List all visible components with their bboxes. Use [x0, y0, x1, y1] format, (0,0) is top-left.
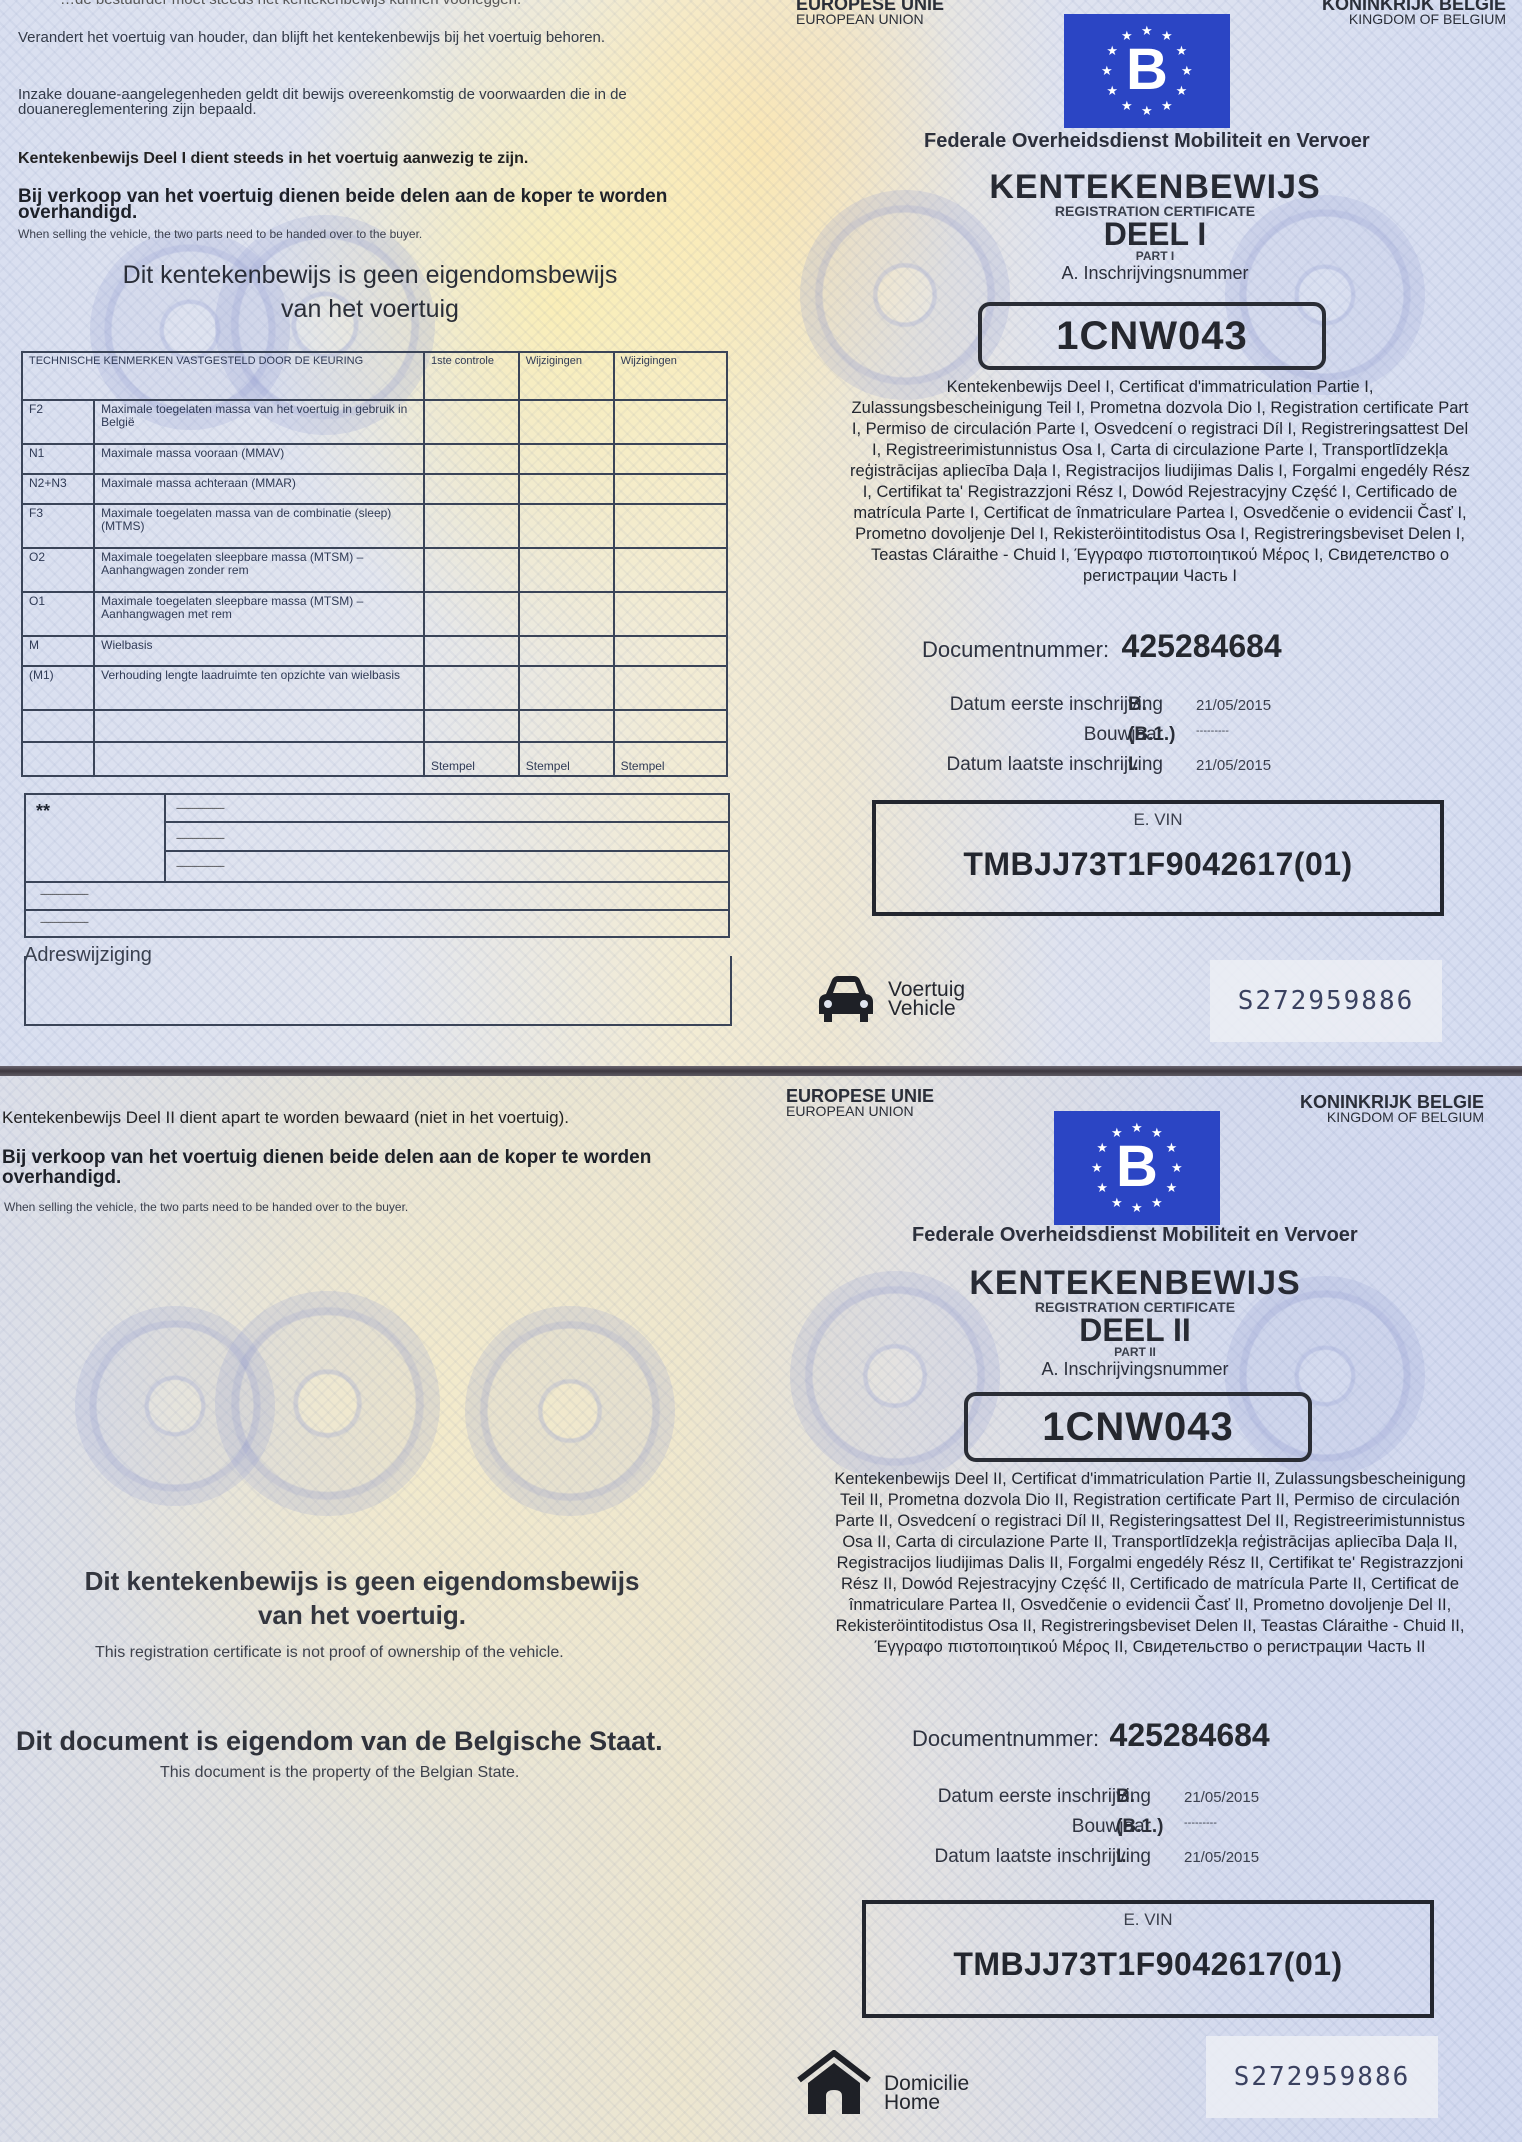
column-header: Wijzigingen [614, 352, 727, 400]
registration-number-label: A. Inschrijvingsnummer [880, 1358, 1390, 1380]
state-property-note: Dit document is eigendom van de Belgisch… [16, 1726, 663, 1757]
part-title: DEEL I [900, 218, 1410, 250]
spec-code: O2 [22, 548, 94, 592]
star-icon: ★ [1176, 84, 1188, 97]
star-icon: ★ [1106, 84, 1118, 97]
multilingual-title-list: Kentekenbewijs Deel I, Certificat d'imma… [850, 377, 1470, 587]
star-icon: ★ [1161, 99, 1173, 112]
spec-code: N1 [22, 444, 94, 474]
star-icon: ★ [1141, 104, 1153, 117]
spec-value-cell [519, 444, 614, 474]
star-icon: ★ [1166, 1181, 1178, 1194]
star-icon: ★ [1166, 1141, 1178, 1154]
spec-code: F2 [22, 400, 94, 444]
sale-instruction: Bij verkoop van het voertuig dienen beid… [18, 189, 698, 221]
build-year-row: Bouwjaar (B.1.) --------- [866, 1816, 1426, 1846]
first-registration-row: Datum eerste inschrijving B. 21/05/2015 [878, 694, 1438, 724]
build-year-row: Bouwjaar (B.1.) --------- [878, 724, 1438, 754]
home-icon [796, 2050, 872, 2121]
spec-value-cell [519, 474, 614, 504]
address-change-box [24, 956, 732, 1026]
certificate-title: KENTEKENBEWIJS [880, 1266, 1390, 1300]
star-icon: ★ [1121, 29, 1133, 42]
document-number: Documentnummer: 425284684 [922, 628, 1282, 665]
spec-value-cell [519, 636, 614, 666]
table-row: F3Maximale toegelaten massa van de combi… [22, 504, 727, 548]
vehicle-label: Voertuig Vehicle [888, 980, 965, 1018]
certificate-title: KENTEKENBEWIJS [900, 170, 1410, 204]
kingdom-label: KONINKRIJK BELGIE KINGDOM OF BELGIUM [1300, 1094, 1484, 1124]
star-icon: ★ [1131, 1201, 1143, 1214]
ownership-disclaimer: Dit kentekenbewijs is geen eigendomsbewi… [40, 1564, 684, 1632]
spec-code [22, 710, 94, 742]
spec-code: M [22, 636, 94, 666]
stamp-label: Stempel [614, 742, 727, 776]
table-row: O1Maximale toegelaten sleepbare massa (M… [22, 592, 727, 636]
serial-number: S272959886 [1206, 2036, 1438, 2118]
sale-instruction: Bij verkoop van het voertuig dienen beid… [2, 1148, 682, 1188]
table-row: MWielbasis [22, 636, 727, 666]
state-property-note-en: This document is the property of the Bel… [160, 1764, 519, 1782]
column-header: Wijzigingen [519, 352, 614, 400]
table-row: F2Maximale toegelaten massa van het voer… [22, 400, 727, 444]
star-icon: ★ [1096, 1181, 1108, 1194]
note-presence: Kentekenbewijs Deel I dient steeds in he… [18, 150, 528, 168]
spec-value-cell [424, 710, 519, 742]
serial-number: S272959886 [1210, 960, 1442, 1042]
spec-value-cell [614, 636, 727, 666]
certificate-title-block: KENTEKENBEWIJS REGISTRATION CERTIFICATE … [900, 170, 1410, 284]
spec-description [94, 710, 424, 742]
star-icon: ★ [1141, 24, 1153, 37]
authority-name: Federale Overheidsdienst Mobiliteit en V… [924, 130, 1370, 153]
star-icon: ★ [1151, 1126, 1163, 1139]
stamp-label: Stempel [424, 742, 519, 776]
spec-description: Maximale massa vooraan (MMAV) [94, 444, 424, 474]
dotted-line: ------------------------ [176, 803, 224, 813]
spec-value-cell [424, 548, 519, 592]
eu-label: EUROPESE UNIE EUROPEAN UNION [796, 0, 944, 26]
spec-value-cell [519, 400, 614, 444]
registration-certificate-part-1: …de bestuurder moet steeds het kentekenb… [0, 0, 1522, 1068]
spec-description: Verhouding lengte laadruimte ten opzicht… [94, 666, 424, 710]
remarks-stars: ** [36, 801, 50, 822]
spec-value-cell [519, 548, 614, 592]
eu-label: EUROPESE UNIE EUROPEAN UNION [786, 1088, 934, 1118]
cut-top-line: …de bestuurder moet steeds het kentekenb… [60, 0, 521, 7]
spec-value-cell [519, 666, 614, 710]
star-icon: ★ [1096, 1141, 1108, 1154]
technical-specs-table: TECHNISCHE KENMERKEN VASTGESTELD DOOR DE… [21, 351, 728, 777]
vin-label: E. VIN [876, 810, 1440, 830]
registration-number-label: A. Inschrijvingsnummer [900, 262, 1410, 284]
spec-value-cell [614, 548, 727, 592]
vin-box: E. VIN TMBJJ73T1F9042617(01) [872, 800, 1444, 916]
license-plate: 1CNW043 [964, 1392, 1312, 1462]
spec-description: Maximale toegelaten sleepbare massa (MTS… [94, 592, 424, 636]
spec-value-cell [614, 444, 727, 474]
dotted-line: ------------------------ [40, 889, 88, 899]
spec-code: O1 [22, 592, 94, 636]
last-registration-row: Datum laatste inschrijving I. 21/05/2015 [866, 1846, 1426, 1876]
fold-divider [0, 1066, 1522, 1076]
note-holder: Verandert het voertuig van houder, dan b… [18, 30, 678, 45]
star-icon: ★ [1091, 1161, 1103, 1174]
star-icon: ★ [1111, 1126, 1123, 1139]
spec-value-cell [424, 444, 519, 474]
spec-code: F3 [22, 504, 94, 548]
spec-value-cell [519, 710, 614, 742]
table-header-row: TECHNISCHE KENMERKEN VASTGESTELD DOOR DE… [22, 352, 727, 400]
spec-value-cell [424, 504, 519, 548]
spec-description: Maximale toegelaten massa van de combina… [94, 504, 424, 548]
spec-value-cell [424, 592, 519, 636]
spec-value-cell [614, 666, 727, 710]
document-number: Documentnummer: 425284684 [912, 1717, 1270, 1754]
star-icon: ★ [1101, 64, 1113, 77]
spec-value-cell [424, 474, 519, 504]
last-registration-row: Datum laatste inschrijving I. 21/05/2015 [878, 754, 1438, 784]
ownership-disclaimer: Dit kentekenbewijs is geen eigendomsbewi… [60, 258, 680, 326]
spec-value-cell [424, 400, 519, 444]
spec-value-cell [614, 710, 727, 742]
sale-instruction-en: When selling the vehicle, the two parts … [4, 1200, 408, 1214]
part-title: DEEL II [880, 1314, 1390, 1346]
vin-label: E. VIN [866, 1910, 1430, 1930]
star-icon: ★ [1111, 1196, 1123, 1209]
table-row: N2+N3Maximale massa achteraan (MMAR) [22, 474, 727, 504]
star-icon: ★ [1161, 29, 1173, 42]
home-label: Domicilie Home [884, 2074, 969, 2112]
spec-value-cell [519, 592, 614, 636]
table-row [22, 710, 727, 742]
table-row: N1Maximale massa vooraan (MMAV) [22, 444, 727, 474]
star-icon: ★ [1151, 1196, 1163, 1209]
first-registration-row: Datum eerste inschrijving B. 21/05/2015 [866, 1786, 1426, 1816]
spec-value-cell [614, 400, 727, 444]
ownership-disclaimer-en: This registration certificate is not pro… [95, 1644, 564, 1662]
spec-code: (M1) [22, 666, 94, 710]
spec-value-cell [424, 666, 519, 710]
stamp-row: StempelStempelStempel [22, 742, 727, 776]
spec-value-cell [424, 636, 519, 666]
spec-value-cell [614, 474, 727, 504]
spec-value-cell [519, 504, 614, 548]
registration-dates: Datum eerste inschrijving B. 21/05/2015 … [878, 694, 1438, 784]
stamp-label: Stempel [519, 742, 614, 776]
spec-description: Maximale toegelaten massa van het voertu… [94, 400, 424, 444]
spec-code: N2+N3 [22, 474, 94, 504]
vin-box: E. VIN TMBJJ73T1F9042617(01) [862, 1900, 1434, 2018]
dotted-line: ------------------------ [176, 861, 224, 871]
license-plate: 1CNW043 [978, 302, 1326, 370]
note-customs: Inzake douane-aangelegenheden geldt dit … [18, 87, 728, 117]
dotted-line: ------------------------ [176, 833, 224, 843]
certificate-title-block: KENTEKENBEWIJS REGISTRATION CERTIFICATE … [880, 1266, 1390, 1380]
spec-description: Maximale massa achteraan (MMAR) [94, 474, 424, 504]
kingdom-label: KONINKRIJK BELGIE KINGDOM OF BELGIUM [1322, 0, 1506, 26]
star-icon: ★ [1131, 1121, 1143, 1134]
part-subtitle: PART I [900, 250, 1410, 262]
spec-value-cell [614, 504, 727, 548]
remarks-box: ** ------------------------ ------------… [24, 793, 730, 938]
multilingual-title-list: Kentekenbewijs Deel II, Certificat d'imm… [830, 1469, 1470, 1658]
star-icon: ★ [1171, 1161, 1183, 1174]
vin-value: TMBJJ73T1F9042617(01) [876, 846, 1440, 883]
part-subtitle: PART II [880, 1346, 1390, 1358]
star-icon: ★ [1181, 64, 1193, 77]
star-icon: ★ [1121, 99, 1133, 112]
note-keep-separate: Kentekenbewijs Deel II dient apart te wo… [2, 1108, 569, 1128]
table-row: O2Maximale toegelaten sleepbare massa (M… [22, 548, 727, 592]
table-header-title: TECHNISCHE KENMERKEN VASTGESTELD DOOR DE… [22, 352, 424, 400]
eu-belgium-flag-icon: B ★★★★★★★★★★★★ [1054, 1111, 1220, 1225]
dotted-line: ------------------------ [40, 917, 88, 927]
car-icon [816, 974, 876, 1029]
authority-name: Federale Overheidsdienst Mobiliteit en V… [912, 1224, 1358, 1247]
vin-value: TMBJJ73T1F9042617(01) [866, 1946, 1430, 1983]
registration-certificate-part-2: Kentekenbewijs Deel II dient apart te wo… [0, 1076, 1522, 2142]
sale-instruction-en: When selling the vehicle, the two parts … [18, 227, 422, 241]
eu-belgium-flag-icon: B ★★★★★★★★★★★★ [1064, 14, 1230, 128]
spec-value-cell [614, 592, 727, 636]
star-icon: ★ [1106, 44, 1118, 57]
column-header: 1ste controle [424, 352, 519, 400]
star-icon: ★ [1176, 44, 1188, 57]
table-row: (M1)Verhouding lengte laadruimte ten opz… [22, 666, 727, 710]
spec-description: Wielbasis [94, 636, 424, 666]
spec-description: Maximale toegelaten sleepbare massa (MTS… [94, 548, 424, 592]
registration-dates: Datum eerste inschrijving B. 21/05/2015 … [866, 1786, 1426, 1876]
